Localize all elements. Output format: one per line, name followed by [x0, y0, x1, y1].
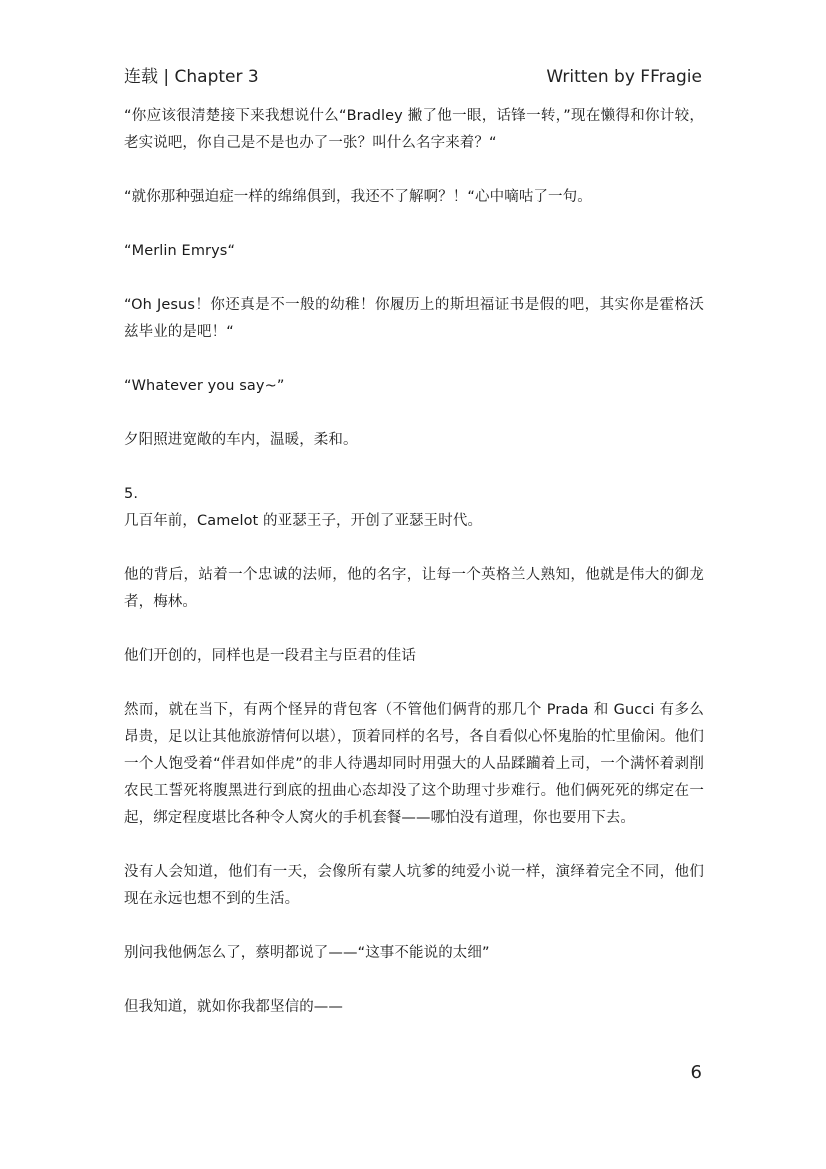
section-number: 5. [124, 481, 704, 508]
paragraph: 他们开创的，同样也是一段君主与臣君的佳话 [124, 643, 704, 670]
paragraph: “Oh Jesus！你还真是不一般的幼稚！你履历上的斯坦福证书是假的吧，其实你是… [124, 292, 704, 346]
document-body: “你应该很清楚接下来我想说什么“Bradley 撇了他一眼，话锋一转，”现在懒得… [124, 103, 704, 1048]
paragraph: “Whatever you say~” [124, 373, 704, 400]
paragraph: “就你那种强迫症一样的绵绵俱到，我还不了解啊？！“心中嘀咕了一句。 [124, 184, 704, 211]
paragraph: 几百年前，Camelot 的亚瑟王子，开创了亚瑟王时代。 [124, 508, 704, 535]
page-number: 6 [691, 1062, 702, 1083]
header-author: Written by FFragie [546, 67, 702, 87]
paragraph: 没有人会知道，他们有一天，会像所有蒙人坑爹的纯爱小说一样，演绎着完全不同，他们现… [124, 859, 704, 913]
header-chapter-title: 连载 | Chapter 3 [124, 62, 259, 87]
paragraph: “你应该很清楚接下来我想说什么“Bradley 撇了他一眼，话锋一转，”现在懒得… [124, 103, 704, 157]
page-header: 连载 | Chapter 3 Written by FFragie [124, 62, 702, 87]
paragraph: 然而，就在当下，有两个怪异的背包客（不管他们俩背的那几个 Prada 和 Guc… [124, 697, 704, 832]
paragraph: 但我知道，就如你我都坚信的—— [124, 994, 704, 1021]
paragraph: 夕阳照进宽敞的车内，温暖，柔和。 [124, 427, 704, 454]
paragraph: “Merlin Emrys“ [124, 238, 704, 265]
paragraph: 他的背后，站着一个忠诚的法师，他的名字，让每一个英格兰人熟知，他就是伟大的御龙者… [124, 562, 704, 616]
paragraph: 别问我他俩怎么了，蔡明都说了——“这事不能说的太细” [124, 940, 704, 967]
